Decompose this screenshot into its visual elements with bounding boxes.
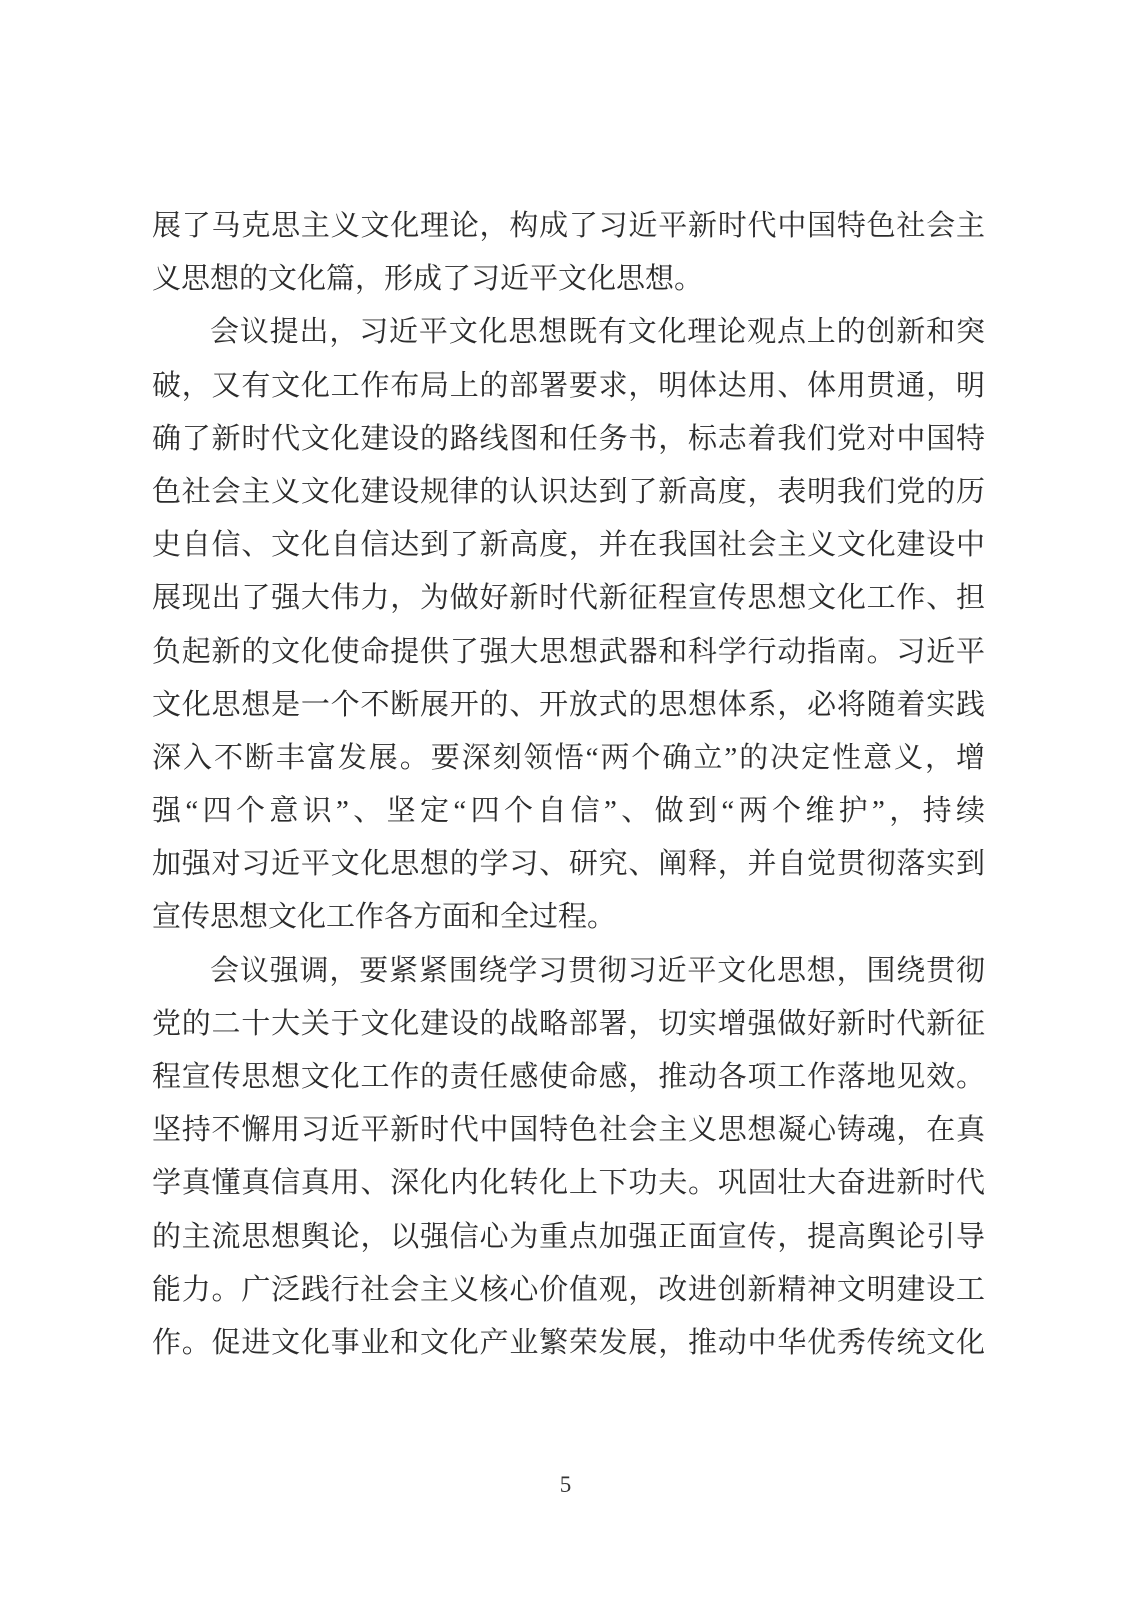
text-line: 深入不断丰富发展。要深刻领悟“两个确立”的决定性意义，增	[152, 732, 985, 785]
text-line: 坚持不懈用习近平新时代中国特色社会主义思想凝心铸魂，在真	[152, 1104, 985, 1157]
page-number: 5	[0, 1472, 1131, 1498]
document-page: 展了马克思主义文化理论，构成了习近平新时代中国特色社会主 义思想的文化篇，形成了…	[0, 0, 1131, 1600]
text-line: 展现出了强大伟力，为做好新时代新征程宣传思想文化工作、担	[152, 572, 985, 625]
text-line: 加强对习近平文化思想的学习、研究、阐释，并自觉贯彻落实到	[152, 838, 985, 891]
text-line: 确了新时代文化建设的路线图和任务书，标志着我们党对中国特	[152, 413, 985, 466]
text-line: 能力。广泛践行社会主义核心价值观，改进创新精神文明建设工	[152, 1264, 985, 1317]
text-line: 学真懂真信真用、深化内化转化上下功夫。巩固壮大奋进新时代	[152, 1157, 985, 1210]
text-line: 作。促进文化事业和文化产业繁荣发展，推动中华优秀传统文化	[152, 1317, 985, 1370]
body-text: 展了马克思主义文化理论，构成了习近平新时代中国特色社会主 义思想的文化篇，形成了…	[152, 200, 985, 1370]
text-line: 会议强调，要紧紧围绕学习贯彻习近平文化思想，围绕贯彻	[152, 945, 985, 998]
text-line: 义思想的文化篇，形成了习近平文化思想。	[152, 253, 985, 306]
text-line: 负起新的文化使命提供了强大思想武器和科学行动指南。习近平	[152, 626, 985, 679]
text-line: 展了马克思主义文化理论，构成了习近平新时代中国特色社会主	[152, 200, 985, 253]
text-line: 党的二十大关于文化建设的战略部署，切实增强做好新时代新征	[152, 998, 985, 1051]
text-line: 史自信、文化自信达到了新高度，并在我国社会主义文化建设中	[152, 519, 985, 572]
text-line: 文化思想是一个不断展开的、开放式的思想体系，必将随着实践	[152, 679, 985, 732]
text-line: 破，又有文化工作布局上的部署要求，明体达用、体用贯通，明	[152, 360, 985, 413]
text-line: 程宣传思想文化工作的责任感使命感，推动各项工作落地见效。	[152, 1051, 985, 1104]
text-line: 的主流思想舆论，以强信心为重点加强正面宣传，提高舆论引导	[152, 1211, 985, 1264]
text-line: 会议提出，习近平文化思想既有文化理论观点上的创新和突	[152, 306, 985, 359]
text-line: 强“四个意识”、坚定“四个自信”、做到“两个维护”，持续	[152, 785, 985, 838]
text-line: 色社会主义文化建设规律的认识达到了新高度，表明我们党的历	[152, 466, 985, 519]
text-line: 宣传思想文化工作各方面和全过程。	[152, 891, 985, 944]
